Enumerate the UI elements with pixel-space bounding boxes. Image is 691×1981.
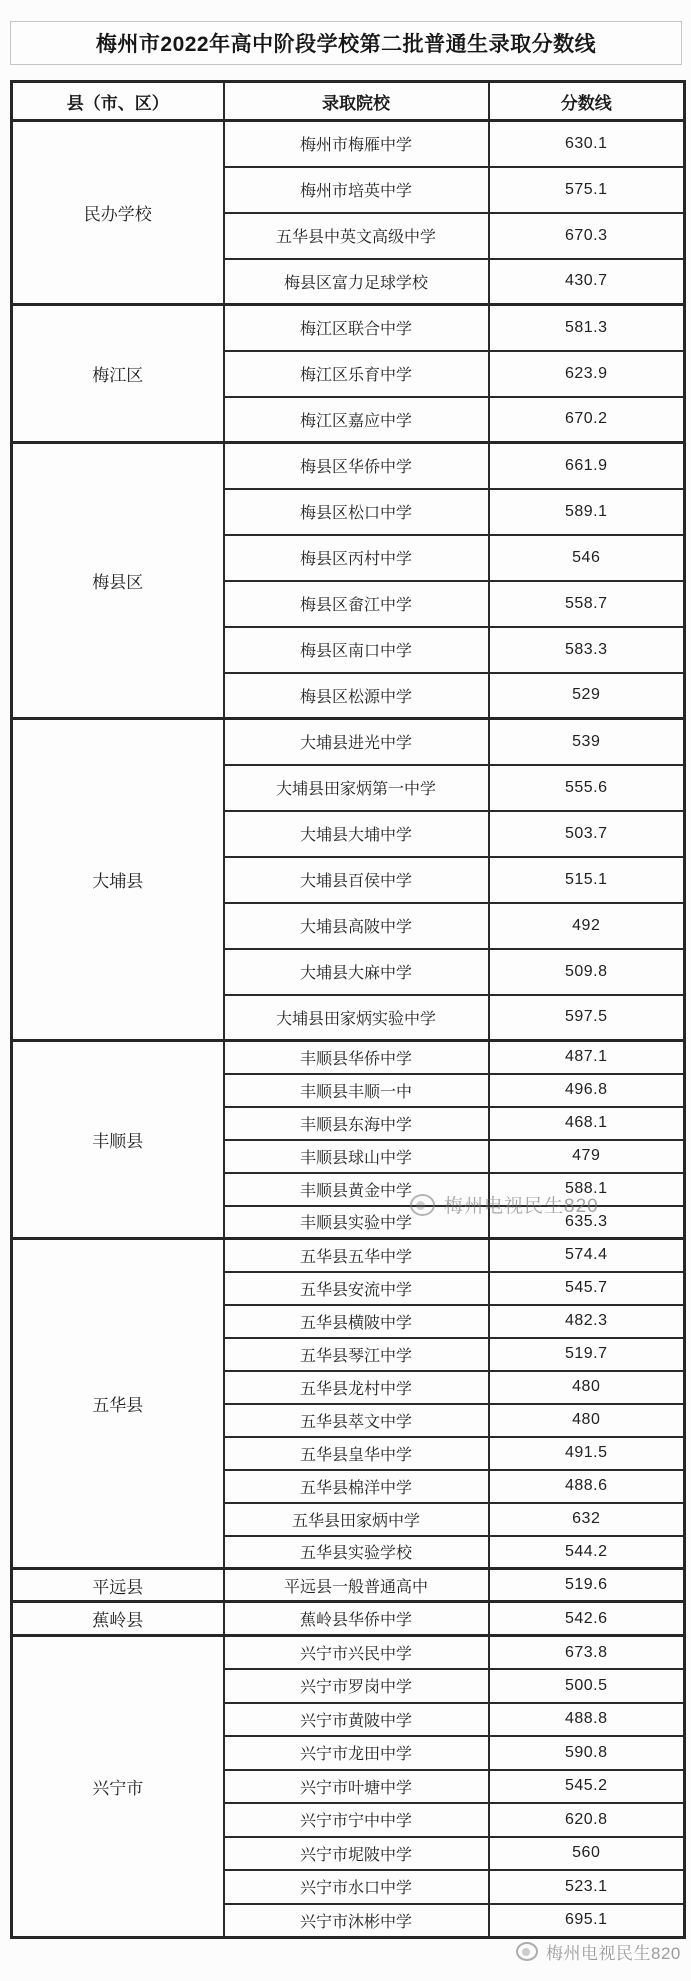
school-cell: 五华县中英文高级中学 — [224, 213, 489, 259]
col-header-score: 分数线 — [489, 82, 685, 121]
school-cell: 丰顺县实验中学 — [224, 1206, 489, 1239]
score-cell: 480 — [489, 1404, 685, 1437]
score-cell: 670.3 — [489, 213, 685, 259]
score-cell: 620.8 — [489, 1803, 685, 1837]
school-cell: 兴宁市龙田中学 — [224, 1736, 489, 1770]
table-row: 梅县区梅县区华侨中学661.9 — [12, 443, 685, 489]
school-cell: 兴宁市罗岗中学 — [224, 1669, 489, 1703]
score-cell: 523.1 — [489, 1870, 685, 1904]
score-cell: 500.5 — [489, 1669, 685, 1703]
school-cell: 兴宁市宁中中学 — [224, 1803, 489, 1837]
school-cell: 丰顺县华侨中学 — [224, 1041, 489, 1074]
scores-table: 县（市、区） 录取院校 分数线 民办学校梅州市梅雁中学630.1梅州市培英中学5… — [10, 80, 686, 1939]
table-row: 大埔县大埔县进光中学539 — [12, 719, 685, 765]
watermark-text: 梅州电视民生820 — [546, 1939, 681, 1964]
score-cell: 519.7 — [489, 1338, 685, 1371]
score-cell: 555.6 — [489, 765, 685, 811]
score-cell: 560 — [489, 1837, 685, 1871]
score-cell: 480 — [489, 1371, 685, 1404]
score-cell: 673.8 — [489, 1636, 685, 1670]
score-cell: 482.3 — [489, 1305, 685, 1338]
score-cell: 468.1 — [489, 1107, 685, 1140]
score-cell: 670.2 — [489, 397, 685, 443]
school-cell: 梅江区乐育中学 — [224, 351, 489, 397]
school-cell: 兴宁市兴民中学 — [224, 1636, 489, 1670]
county-cell: 梅县区 — [12, 443, 224, 719]
score-cell: 529 — [489, 673, 685, 719]
school-cell: 五华县皇华中学 — [224, 1437, 489, 1470]
tv-station-logo-icon — [516, 1942, 538, 1961]
score-cell: 545.7 — [489, 1272, 685, 1305]
table-row: 梅江区梅江区联合中学581.3 — [12, 305, 685, 351]
score-cell: 544.2 — [489, 1536, 685, 1569]
county-cell: 丰顺县 — [12, 1041, 224, 1239]
table-row: 蕉岭县蕉岭县华侨中学542.6 — [12, 1602, 685, 1636]
school-cell: 大埔县高陂中学 — [224, 903, 489, 949]
header-row: 县（市、区） 录取院校 分数线 — [12, 82, 685, 121]
school-cell: 五华县龙村中学 — [224, 1371, 489, 1404]
school-cell: 五华县五华中学 — [224, 1239, 489, 1272]
school-cell: 五华县横陂中学 — [224, 1305, 489, 1338]
school-cell: 蕉岭县华侨中学 — [224, 1602, 489, 1636]
score-cell: 491.5 — [489, 1437, 685, 1470]
score-cell: 479 — [489, 1140, 685, 1173]
school-cell: 大埔县进光中学 — [224, 719, 489, 765]
score-cell: 695.1 — [489, 1904, 685, 1938]
school-cell: 梅县区松源中学 — [224, 673, 489, 719]
school-cell: 大埔县田家炳第一中学 — [224, 765, 489, 811]
score-cell: 545.2 — [489, 1770, 685, 1804]
page-title: 梅州市2022年高中阶段学校第二批普通生录取分数线 — [10, 21, 682, 65]
school-cell: 兴宁市叶塘中学 — [224, 1770, 489, 1804]
school-cell: 丰顺县丰顺一中 — [224, 1074, 489, 1107]
score-cell: 661.9 — [489, 443, 685, 489]
school-cell: 五华县萃文中学 — [224, 1404, 489, 1437]
score-cell: 558.7 — [489, 581, 685, 627]
school-cell: 大埔县大埔中学 — [224, 811, 489, 857]
table-row: 民办学校梅州市梅雁中学630.1 — [12, 121, 685, 167]
school-cell: 五华县田家炳中学 — [224, 1503, 489, 1536]
score-cell: 630.1 — [489, 121, 685, 167]
score-cell: 515.1 — [489, 857, 685, 903]
document-page: 梅州市2022年高中阶段学校第二批普通生录取分数线 县（市、区） 录取院校 分数… — [0, 0, 691, 1981]
table-row: 兴宁市兴宁市兴民中学673.8 — [12, 1636, 685, 1670]
school-cell: 五华县棉洋中学 — [224, 1470, 489, 1503]
county-cell: 蕉岭县 — [12, 1602, 224, 1636]
score-cell: 635.3 — [489, 1206, 685, 1239]
score-cell: 597.5 — [489, 995, 685, 1041]
school-cell: 梅州市梅雁中学 — [224, 121, 489, 167]
school-cell: 丰顺县东海中学 — [224, 1107, 489, 1140]
score-cell: 632 — [489, 1503, 685, 1536]
col-header-county: 县（市、区） — [12, 82, 224, 121]
score-cell: 496.8 — [489, 1074, 685, 1107]
school-cell: 五华县琴江中学 — [224, 1338, 489, 1371]
school-cell: 梅县区南口中学 — [224, 627, 489, 673]
school-cell: 兴宁市坭陂中学 — [224, 1837, 489, 1871]
school-cell: 兴宁市水口中学 — [224, 1870, 489, 1904]
score-cell: 589.1 — [489, 489, 685, 535]
school-cell: 兴宁市沐彬中学 — [224, 1904, 489, 1938]
county-cell: 五华县 — [12, 1239, 224, 1569]
score-cell: 488.6 — [489, 1470, 685, 1503]
score-cell: 623.9 — [489, 351, 685, 397]
score-cell: 503.7 — [489, 811, 685, 857]
school-cell: 五华县安流中学 — [224, 1272, 489, 1305]
school-cell: 大埔县田家炳实验中学 — [224, 995, 489, 1041]
county-cell: 大埔县 — [12, 719, 224, 1041]
score-cell: 588.1 — [489, 1173, 685, 1206]
score-cell: 590.8 — [489, 1736, 685, 1770]
county-cell: 民办学校 — [12, 121, 224, 305]
score-cell: 575.1 — [489, 167, 685, 213]
col-header-school: 录取院校 — [224, 82, 489, 121]
school-cell: 丰顺县黄金中学 — [224, 1173, 489, 1206]
school-cell: 大埔县大麻中学 — [224, 949, 489, 995]
school-cell: 平远县一般普通高中 — [224, 1569, 489, 1602]
score-cell: 488.8 — [489, 1703, 685, 1737]
school-cell: 五华县实验学校 — [224, 1536, 489, 1569]
county-cell: 兴宁市 — [12, 1636, 224, 1938]
school-cell: 梅州市培英中学 — [224, 167, 489, 213]
school-cell: 梅县区富力足球学校 — [224, 259, 489, 305]
school-cell: 兴宁市黄陂中学 — [224, 1703, 489, 1737]
table-row: 平远县平远县一般普通高中519.6 — [12, 1569, 685, 1602]
school-cell: 梅县区松口中学 — [224, 489, 489, 535]
score-cell: 574.4 — [489, 1239, 685, 1272]
score-cell: 542.6 — [489, 1602, 685, 1636]
score-cell: 519.6 — [489, 1569, 685, 1602]
school-cell: 梅江区联合中学 — [224, 305, 489, 351]
table-row: 五华县五华县五华中学574.4 — [12, 1239, 685, 1272]
school-cell: 梅县区畲江中学 — [224, 581, 489, 627]
score-cell: 581.3 — [489, 305, 685, 351]
school-cell: 丰顺县球山中学 — [224, 1140, 489, 1173]
school-cell: 大埔县百侯中学 — [224, 857, 489, 903]
table-row: 丰顺县丰顺县华侨中学487.1 — [12, 1041, 685, 1074]
school-cell: 梅县区华侨中学 — [224, 443, 489, 489]
score-cell: 583.3 — [489, 627, 685, 673]
county-cell: 平远县 — [12, 1569, 224, 1602]
school-cell: 梅县区丙村中学 — [224, 535, 489, 581]
score-cell: 546 — [489, 535, 685, 581]
watermark-bottom: 梅州电视民生820 — [516, 1939, 681, 1964]
score-cell: 492 — [489, 903, 685, 949]
score-cell: 509.8 — [489, 949, 685, 995]
school-cell: 梅江区嘉应中学 — [224, 397, 489, 443]
score-cell: 539 — [489, 719, 685, 765]
score-cell: 430.7 — [489, 259, 685, 305]
score-cell: 487.1 — [489, 1041, 685, 1074]
county-cell: 梅江区 — [12, 305, 224, 443]
